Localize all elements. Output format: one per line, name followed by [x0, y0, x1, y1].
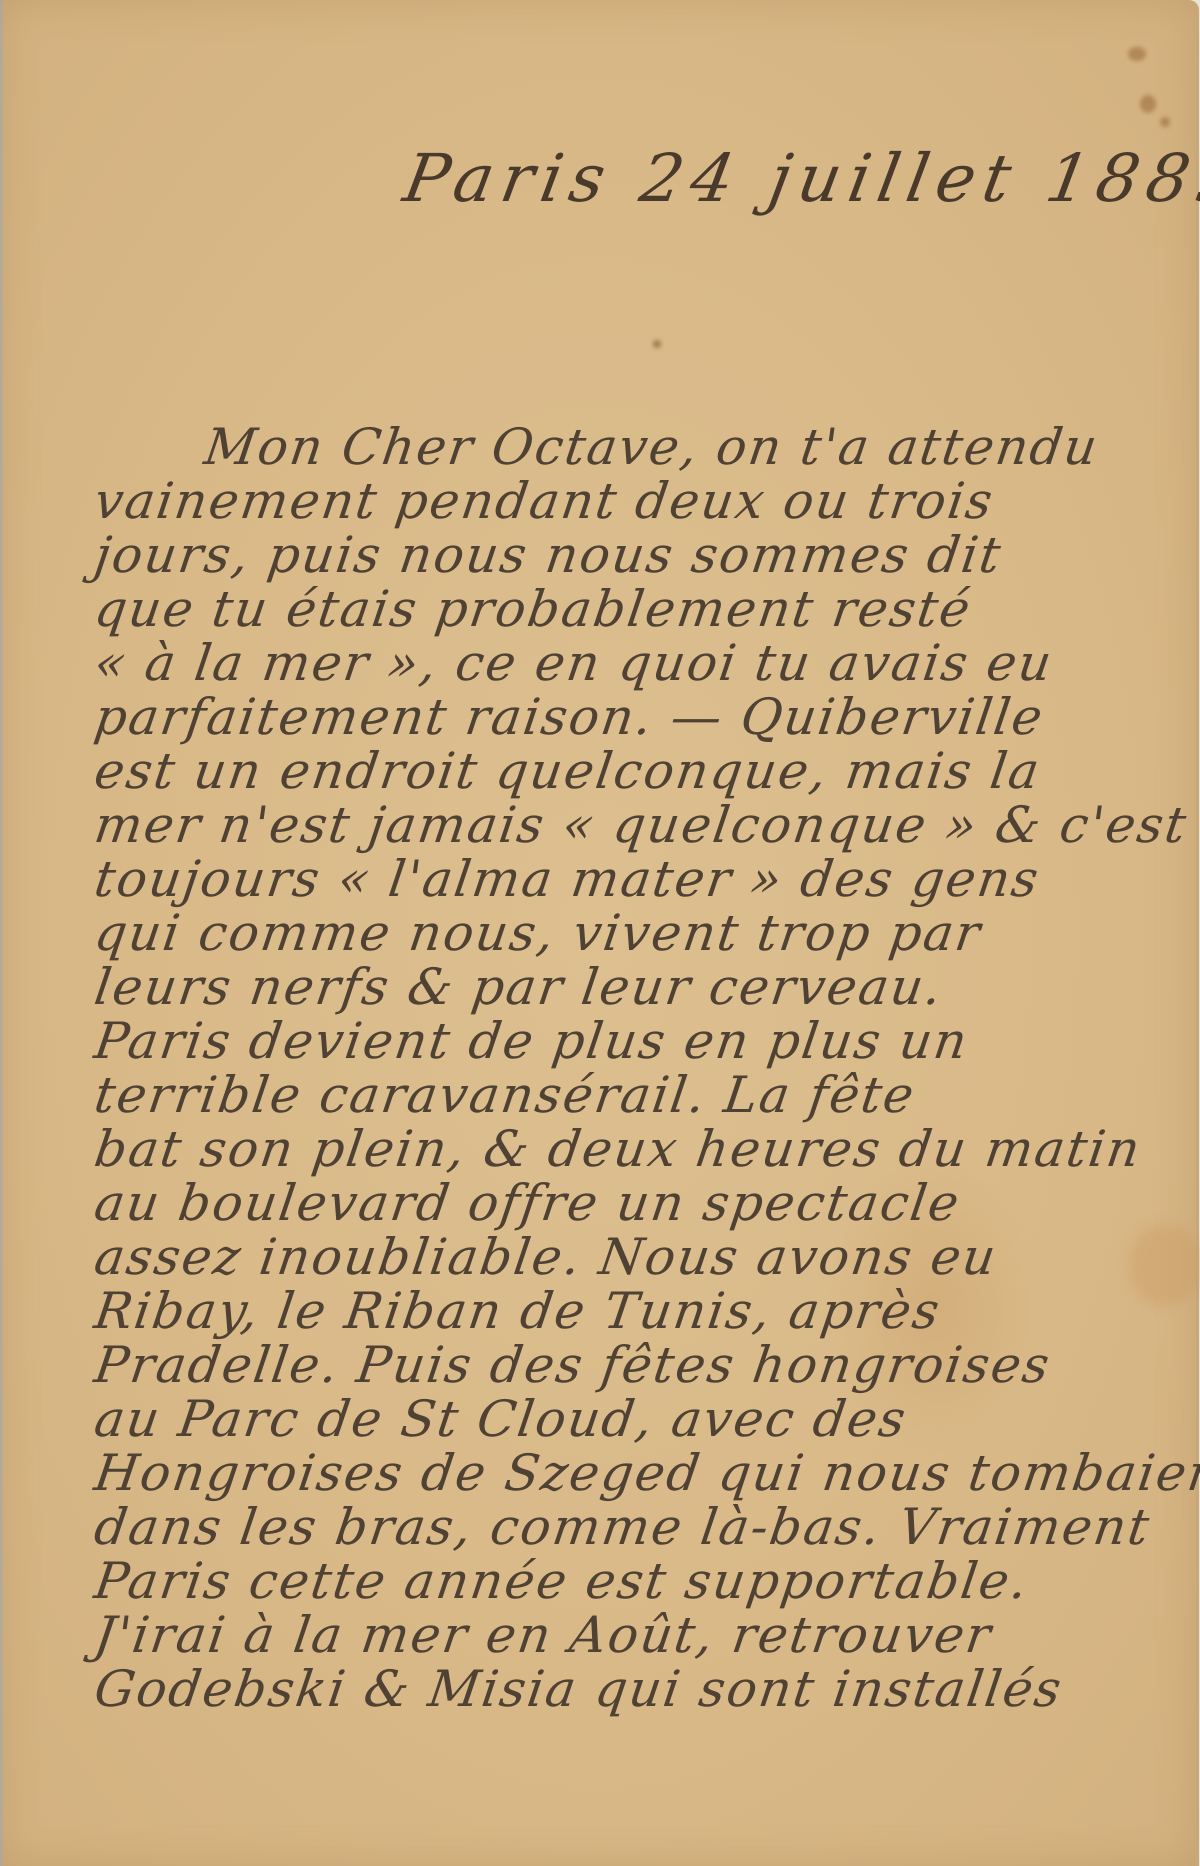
- letter-line: Paris devient de plus en plus un: [91, 1014, 1179, 1068]
- foxing-spot: [1128, 47, 1146, 61]
- letter-line: Ribay, le Riban de Tunis, après: [91, 1284, 1179, 1338]
- letter-dateline: Paris 24 juillet 1889.: [398, 140, 1200, 217]
- letter-line: dans les bras, comme là-bas. Vraiment: [91, 1500, 1179, 1554]
- letter-line: bat son plein, & deux heures du matin: [91, 1122, 1179, 1176]
- letter-line: au boulevard offre un spectacle: [91, 1176, 1179, 1230]
- letter-line: mer n'est jamais « quelconque » & c'est: [91, 798, 1179, 852]
- letter-line: Godebski & Misia qui sont installés: [91, 1662, 1179, 1716]
- letter-line: jours, puis nous nous sommes dit: [91, 528, 1179, 582]
- letter-line: toujours « l'alma mater » des gens: [91, 852, 1179, 906]
- letter-line: au Parc de St Cloud, avec des: [91, 1392, 1179, 1446]
- letter-line: Pradelle. Puis des fêtes hongroises: [91, 1338, 1179, 1392]
- scan-edge: [0, 0, 4, 1866]
- letter-line: qui comme nous, vivent trop par: [91, 906, 1179, 960]
- letter-line: terrible caravansérail. La fête: [91, 1068, 1179, 1122]
- ink-dot: [653, 340, 661, 348]
- letter-line: vainement pendant deux ou trois: [91, 474, 1179, 528]
- letter-line: Paris cette année est supportable.: [91, 1554, 1179, 1608]
- foxing-spot: [1160, 117, 1170, 127]
- letter-greeting: Mon Cher Octave, on t'a attendu: [91, 420, 1179, 474]
- letter-line: assez inoubliable. Nous avons eu: [91, 1230, 1179, 1284]
- letter-line: leurs nerfs & par leur cerveau.: [91, 960, 1179, 1014]
- letter-line: parfaitement raison. — Quiberville: [91, 690, 1179, 744]
- letter-body: Mon Cher Octave, on t'a attendu vainemen…: [95, 420, 1175, 1716]
- letter-line: est un endroit quelconque, mais la: [91, 744, 1179, 798]
- letter-line: « à la mer », ce en quoi tu avais eu: [91, 636, 1179, 690]
- letter-line: Hongroises de Szeged qui nous tombaient: [91, 1446, 1179, 1500]
- letter-line: J'irai à la mer en Août, retrouver: [91, 1608, 1179, 1662]
- foxing-spot: [1140, 95, 1156, 113]
- letter-page: Paris 24 juillet 1889. Mon Cher Octave, …: [0, 0, 1199, 1866]
- letter-line: que tu étais probablement resté: [91, 582, 1179, 636]
